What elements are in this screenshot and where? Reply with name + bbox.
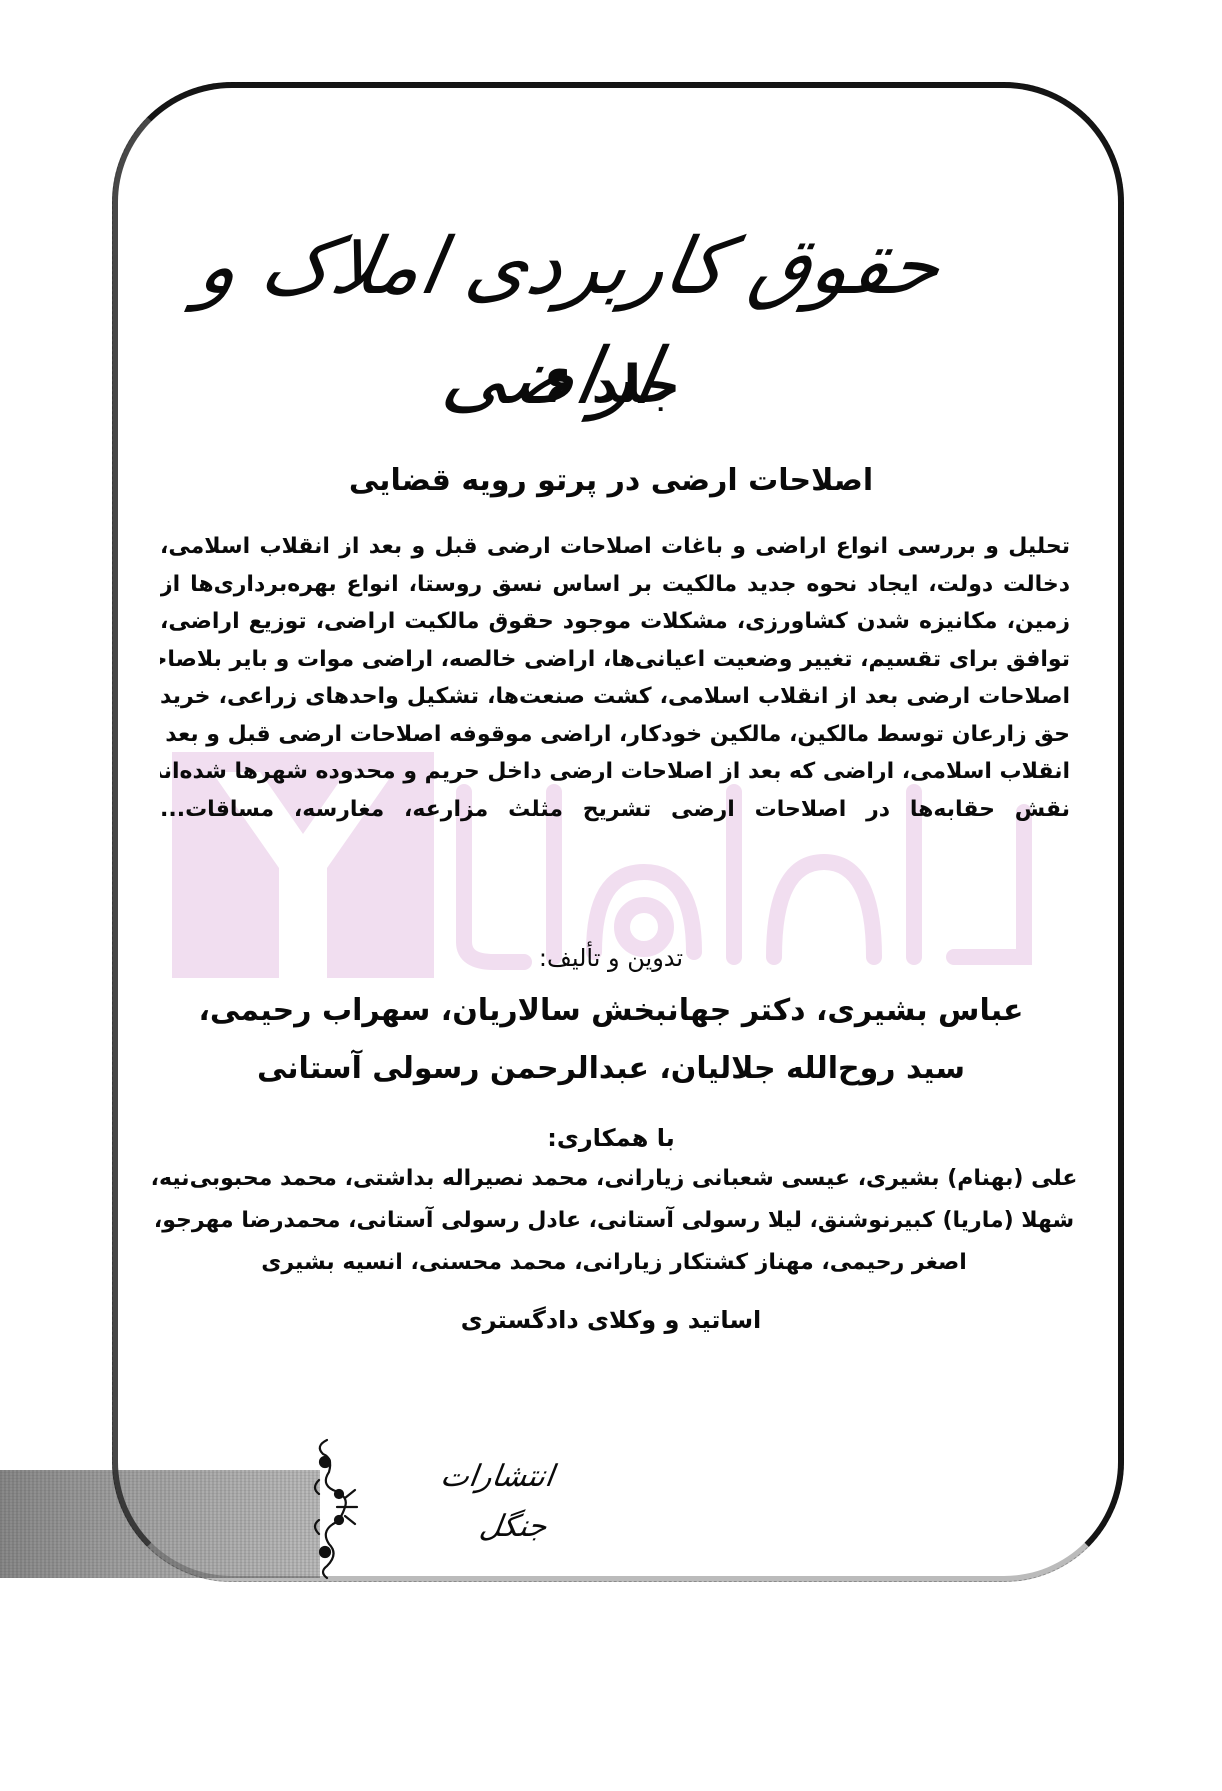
collaboration-label: با همکاری: <box>0 1118 1222 1158</box>
volume-number: جلد ۶ <box>0 345 1222 425</box>
collaborators-block: علی (بهنام) بشیری، عیسی شعبانی زیارانی، … <box>142 1158 1086 1284</box>
author-line: سید روح‌الله جلالیان، عبدالرحمن رسولی آس… <box>0 1040 1222 1098</box>
publisher-name: انتشارات جنگل <box>363 1452 557 1552</box>
collaborator-line: اصغر رحیمی، مهناز کشتکار زیارانی، محمد م… <box>142 1242 1086 1284</box>
floral-ornament-icon <box>305 1432 365 1582</box>
collaborator-line: علی (بهنام) بشیری، عیسی شعبانی زیارانی، … <box>142 1158 1086 1200</box>
description-line: دخالت دولت، ایجاد نحوه جدید مالکیت بر اس… <box>160 566 1070 604</box>
collaborator-line: شهلا (ماریا) کبیرنوشنق، لیلا رسولی آستان… <box>142 1200 1086 1242</box>
affiliation: اساتید و وکلای دادگستری <box>0 1298 1222 1342</box>
authors-block: عباس بشیری، دکتر جهانبخش سالاریان، سهراب… <box>0 982 1222 1098</box>
author-line: عباس بشیری، دکتر جهانبخش سالاریان، سهراب… <box>0 982 1222 1040</box>
compiled-by-label: تدوین و تألیف: <box>0 938 1222 978</box>
book-subtitle: اصلاحات ارضی در پرتو رویه قضایی <box>0 456 1222 506</box>
description-line: نقش حقابه‌ها در اصلاحات ارضی تشریح مثلث … <box>160 791 1070 829</box>
description-line: توافق برای تقسیم، تغییر وضعیت اعیانی‌ها،… <box>160 641 1070 679</box>
description-line: زمین، مکانیزه شدن کشاورزی، مشکلات موجود … <box>160 603 1070 641</box>
description-line: تحلیل و بررسی انواع اراضی و باغات اصلاحا… <box>160 528 1070 566</box>
description-line: انقلاب اسلامی، اراضی که بعد از اصلاحات ا… <box>160 753 1070 791</box>
description-line: حق زارعان توسط مالکین، مالکین خودکار، ار… <box>160 716 1070 754</box>
description-block: تحلیل و بررسی انواع اراضی و باغات اصلاحا… <box>160 528 1070 828</box>
scan-artifact <box>0 1470 320 1578</box>
description-line: اصلاحات ارضی بعد از انقلاب اسلامی، کشت ص… <box>160 678 1070 716</box>
